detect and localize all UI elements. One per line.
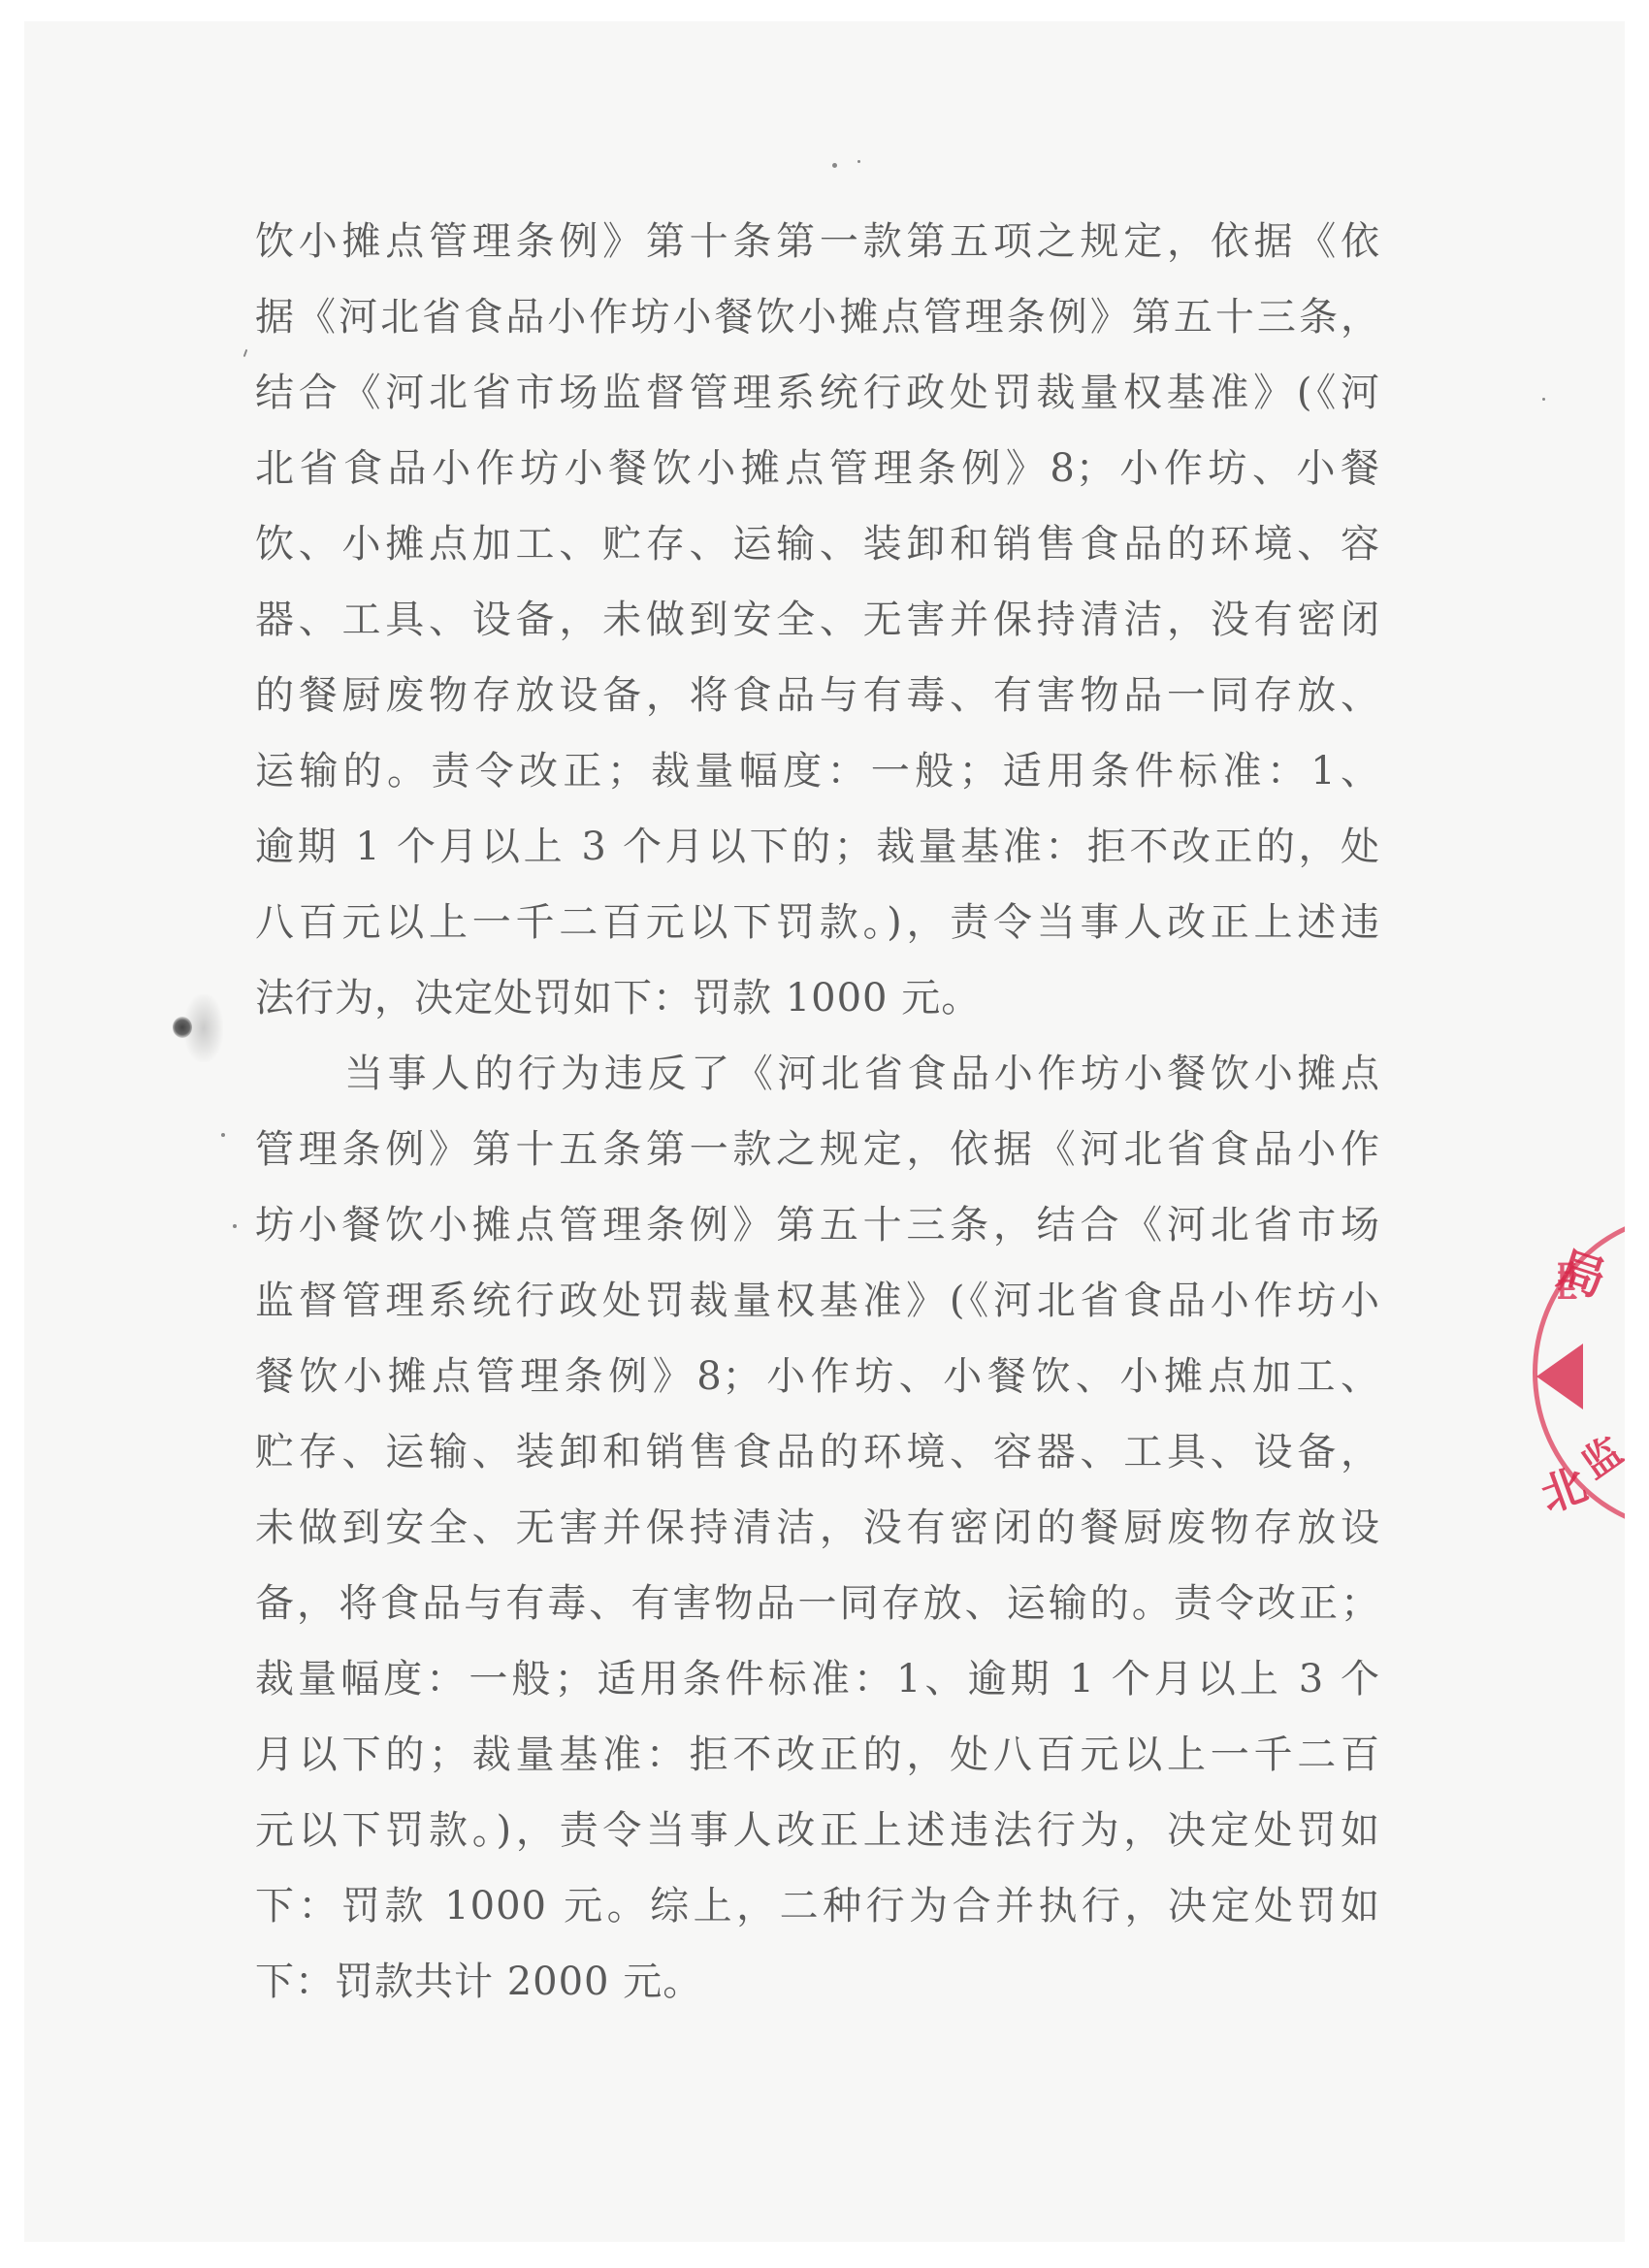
text-line: 贮存、运输、装卸和销售食品的环境、容器、工具、设备，: [255, 1414, 1380, 1490]
text-line: 裁量幅度：一般；适用条件标准：1、逾期 1 个月以上 3 个: [255, 1641, 1380, 1717]
text-line: 北省食品小作坊小餐饮小摊点管理条例》8；小作坊、小餐: [255, 431, 1380, 506]
text-line: 餐饮小摊点管理条例》8；小作坊、小餐饮、小摊点加工、: [255, 1339, 1380, 1414]
text-line: 器、工具、设备，未做到安全、无害并保持清洁，没有密闭: [255, 582, 1380, 658]
text-line: 的餐厨废物存放设备，将食品与有毒、有害物品一同存放、: [255, 658, 1380, 733]
text-line: 饮小摊点管理条例》第十条第一款第五项之规定，依据《依: [255, 204, 1380, 279]
text-line: 备，将食品与有毒、有害物品一同存放、运输的。责令改正；: [255, 1566, 1380, 1641]
text-line: 八百元以上一千二百元以下罚款。)，责令当事人改正上述违: [255, 885, 1380, 960]
text-line: 未做到安全、无害并保持清洁，没有密闭的餐厨废物存放设: [255, 1490, 1380, 1566]
text-line: 运输的。责令改正；裁量幅度：一般；适用条件标准：1、: [255, 733, 1380, 809]
text-line: 监督管理系统行政处罚裁量权基准》(《河北省食品小作坊小: [255, 1263, 1380, 1339]
text-line: 据《河北省食品小作坊小餐饮小摊点管理条例》第五十三条，: [255, 279, 1380, 355]
scan-speck: [221, 1133, 225, 1137]
scan-speck: [832, 163, 837, 168]
text-line: 元以下罚款。)，责令当事人改正上述违法行为，决定处罚如: [255, 1793, 1380, 1868]
scan-speck: [233, 1224, 237, 1228]
text-line: 下：罚款 1000 元。综上，二种行为合并执行，决定处罚如: [255, 1868, 1380, 1944]
text-line: 当事人的行为违反了《河北省食品小作坊小餐饮小摊点: [255, 1036, 1380, 1112]
text-line: 饮、小摊点加工、贮存、运输、装卸和销售食品的环境、容: [255, 506, 1380, 582]
paragraph-2: 当事人的行为违反了《河北省食品小作坊小餐饮小摊点 管理条例》第十五条第一款之规定…: [255, 1036, 1380, 2020]
text-line: 逾期 1 个月以上 3 个月以下的；裁量基准：拒不改正的，处: [255, 809, 1380, 885]
scan-speck: [857, 160, 860, 163]
official-seal-stamp: 理 局 北 监: [1533, 1213, 1625, 1542]
text-line: 坊小餐饮小摊点管理条例》第五十三条，结合《河北省市场: [255, 1187, 1380, 1263]
paragraph-1: 饮小摊点管理条例》第十条第一款第五项之规定，依据《依 据《河北省食品小作坊小餐饮…: [255, 204, 1380, 1036]
scan-speck: [1542, 398, 1545, 401]
text-line: 管理条例》第十五条第一款之规定，依据《河北省食品小作: [255, 1112, 1380, 1187]
text-line: 法行为，决定处罚如下：罚款 1000 元。: [255, 960, 1380, 1036]
text-line: 月以下的；裁量基准：拒不改正的，处八百元以上一千二百: [255, 1717, 1380, 1793]
text-line: 下：罚款共计 2000 元。: [255, 1944, 1380, 2020]
ink-blot: [173, 1017, 192, 1038]
document-body: 饮小摊点管理条例》第十条第一款第五项之规定，依据《依 据《河北省食品小作坊小餐饮…: [255, 204, 1380, 2020]
seal-star-icon: [1536, 1344, 1583, 1409]
text-line: 结合《河北省市场监督管理系统行政处罚裁量权基准》(《河: [255, 355, 1380, 431]
